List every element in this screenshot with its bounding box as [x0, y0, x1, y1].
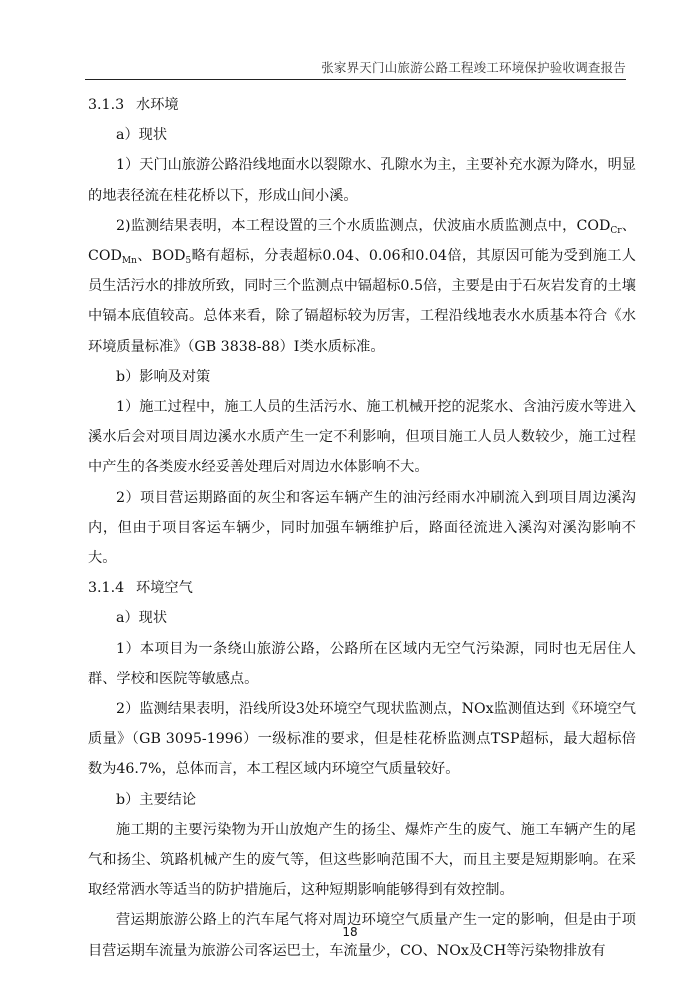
page-number: 18 [0, 925, 700, 939]
subsection-label: b）影响及对策 [88, 362, 636, 392]
paragraph: 1）施工过程中，施工人员的生活污水、施工机械开挖的泥浆水、含油污废水等进入溪水后… [88, 392, 636, 483]
document-body: 3.1.3水环境 a）现状 1）天门山旅游公路沿线地面水以裂隙水、孔隙水为主，主… [88, 90, 636, 966]
paragraph: 施工期的主要污染物为开山放炮产生的扬尘、爆炸产生的废气、施工车辆产生的尾气和扬尘… [88, 815, 636, 906]
subsection-label: a）现状 [88, 120, 636, 150]
section-number: 3.1.3 [88, 90, 136, 120]
report-title: 张家界天门山旅游公路工程竣工环境保护验收调查报告 [321, 58, 626, 76]
paragraph-monitoring-water: 2)监测结果表明，本工程设置的三个水质监测点，伏波庙水质监测点中，CODCr、C… [88, 211, 636, 362]
section-title: 水环境 [136, 97, 179, 113]
paragraph: 1）本项目为一条绕山旅游公路，公路所在区域内无空气污染源，同时也无居住人群、学校… [88, 634, 636, 694]
subscript: Mn [122, 256, 137, 266]
section-number: 3.1.4 [88, 573, 136, 603]
section-heading-air: 3.1.4环境空气 [88, 573, 636, 603]
subsection-label: a）现状 [88, 603, 636, 633]
paragraph: 1）天门山旅游公路沿线地面水以裂隙水、孔隙水为主，主要补充水源为降水，明显的地表… [88, 150, 636, 210]
paragraph: 2）项目营运期路面的灰尘和客运车辆产生的油污经雨水冲刷流入到项目周边溪沟内，但由… [88, 483, 636, 574]
subscript: Cr [610, 226, 621, 236]
section-title: 环境空气 [136, 580, 193, 596]
paragraph: 2）监测结果表明，沿线所设3处环境空气现状监测点，NOx监测值达到《环境空气质量… [88, 694, 636, 785]
text-run: 2)监测结果表明，本工程设置的三个水质监测点，伏波庙水质监测点中，COD [116, 218, 610, 234]
section-heading-water: 3.1.3水环境 [88, 90, 636, 120]
text-run: 、BOD [137, 248, 186, 264]
subsection-label: b）主要结论 [88, 785, 636, 815]
page-header: 张家界天门山旅游公路工程竣工环境保护验收调查报告 [85, 57, 626, 80]
